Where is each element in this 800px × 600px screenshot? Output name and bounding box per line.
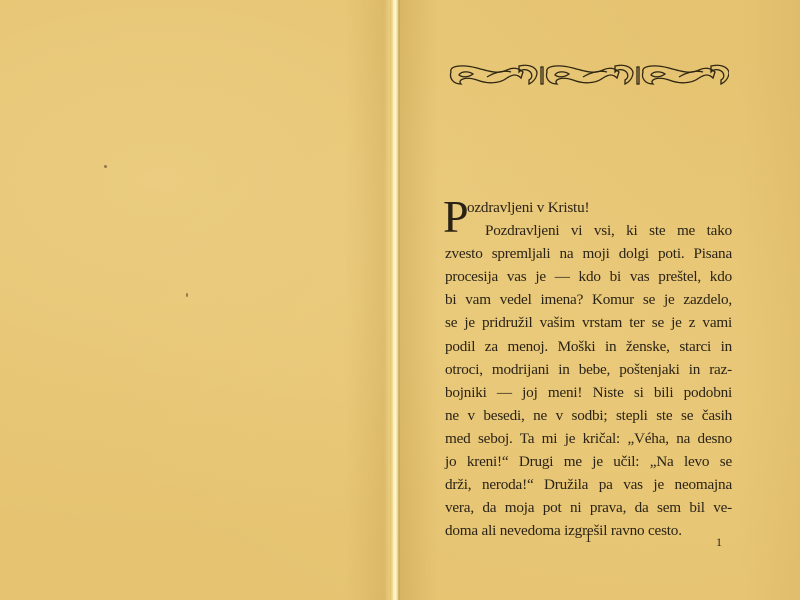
- text-line: otroci, modrijani in bebe, poštenjaki in…: [445, 358, 732, 381]
- text-line: procesija vas je — kdo bi vas preštel, k…: [445, 265, 732, 288]
- page-number-corner: 1: [716, 535, 722, 550]
- text-line: med seboj. Ta mi je kričal: „Véha, na de…: [445, 427, 732, 450]
- text-line: bi vam vedel imena? Komur se je zazdelo,: [445, 288, 732, 311]
- body-text: P ozdravljeni v Kristu! Pozdravljeni vi …: [445, 196, 732, 542]
- book-spread: P ozdravljeni v Kristu! Pozdravljeni vi …: [0, 0, 800, 600]
- text-line: ne v besedi, ne v sodbi; stepli ste se č…: [445, 404, 732, 427]
- text-line: Pozdravljeni vi vsi, ki ste me tako: [445, 219, 732, 242]
- left-page: [0, 0, 392, 600]
- text-line: podil za menoj. Moški in ženske, starci …: [445, 335, 732, 358]
- text-line: zvesto spremljali na moji dolgi poti. Pi…: [445, 242, 732, 265]
- text-line: se je pridružil vašim vrstam ter se je z…: [445, 311, 732, 334]
- drop-cap: P: [443, 194, 468, 240]
- text-line: vera, da moja pot ni prava, da sem bil v…: [445, 496, 732, 519]
- text-line: bojniki — joj meni! Niste si bili podobn…: [445, 381, 732, 404]
- art-nouveau-border-icon: [447, 60, 729, 90]
- paper-speck: [186, 293, 188, 297]
- text-line: drži, neroda!“ Družila pa vas je neomajn…: [445, 473, 732, 496]
- text-line: jo kreni!“ Drugi me je učil: „Na levo se: [445, 450, 732, 473]
- page-number: 1: [585, 530, 592, 546]
- heading-line: ozdravljeni v Kristu!: [445, 196, 732, 219]
- paper-speck: [104, 165, 107, 168]
